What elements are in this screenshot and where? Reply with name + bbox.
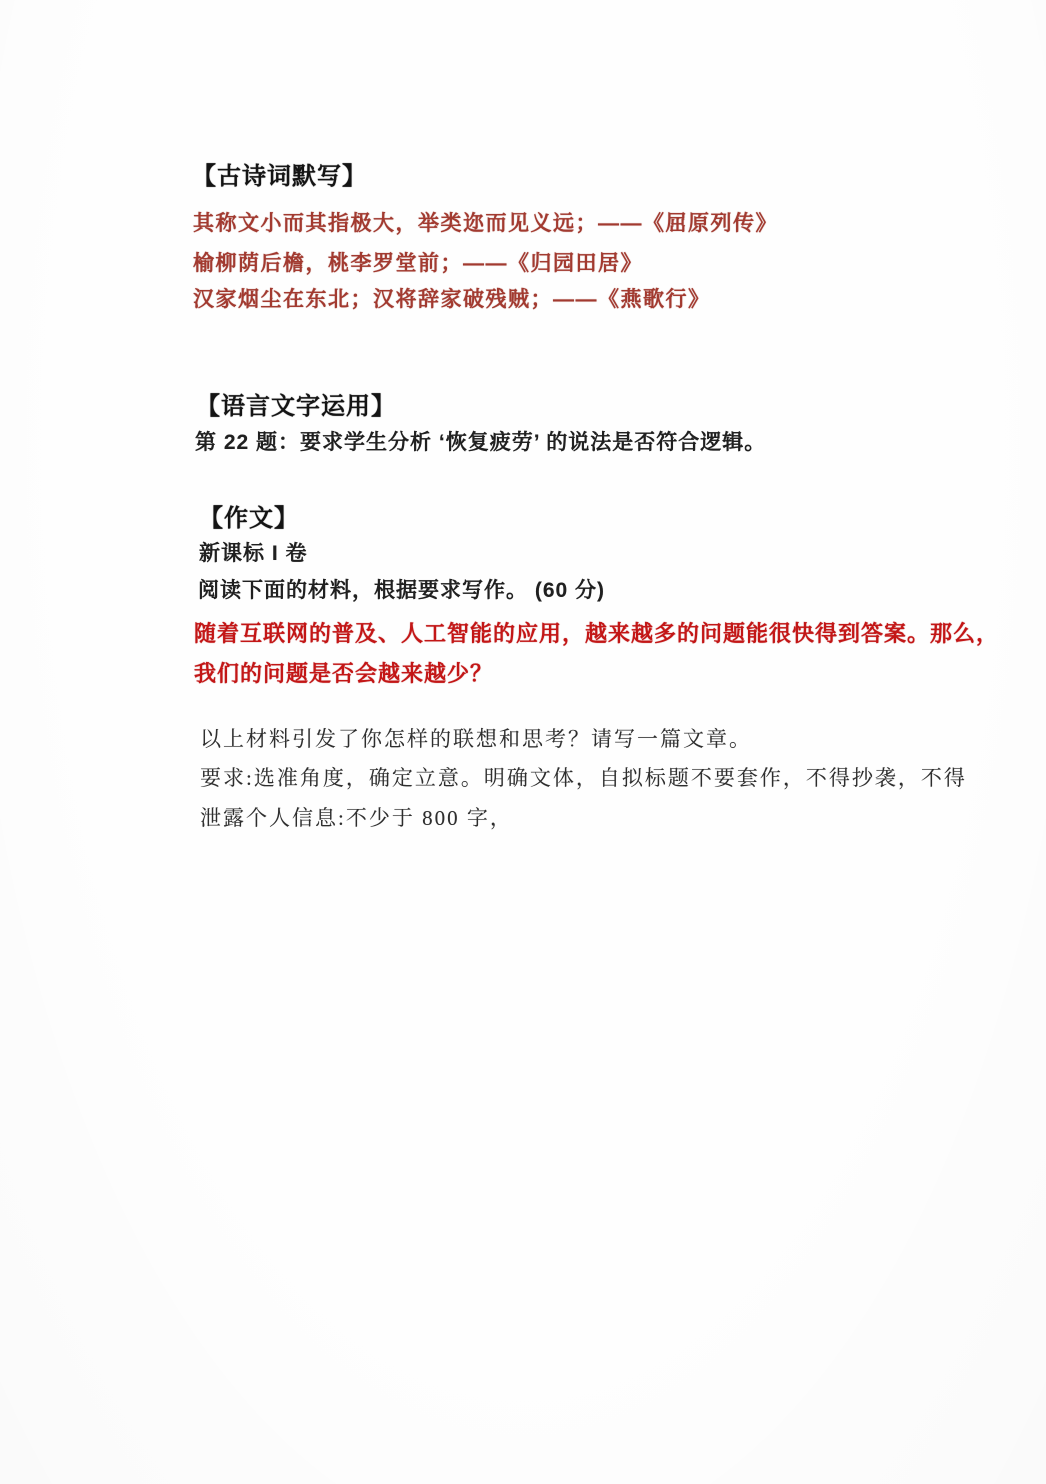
- poetry-line-2: 榆柳荫后檐，桃李罗堂前；——《归园田居》: [193, 251, 643, 277]
- essay-reflection-line: 以上材料引发了你怎样的联想和思考？请写一篇文章。: [200, 726, 752, 752]
- poetry-line-1: 其称文小而其指极大，举类迩而见义远；——《屈原列传》: [193, 211, 778, 237]
- poetry-section-header: 【古诗词默写】: [192, 162, 367, 192]
- essay-section-header: 【作文】: [199, 504, 299, 534]
- scanned-document-page: 【古诗词默写】 其称文小而其指极大，举类迩而见义远；——《屈原列传》 榆柳荫后檐…: [0, 0, 1046, 1484]
- essay-prompt-line-2: 我们的问题是否会越来越少？: [194, 660, 493, 688]
- essay-requirements-line-2: 泄露个人信息:不少于 800 字，: [200, 805, 513, 831]
- essay-prompt-line-1: 随着互联网的普及、人工智能的应用，越来越多的问题能很快得到答案。那么，: [194, 620, 999, 648]
- essay-requirements-line-1: 要求:选准角度，确定立意。明确文体，自拟标题不要套作，不得抄袭，不得: [200, 765, 967, 791]
- language-section-header: 【语言文字运用】: [196, 392, 396, 422]
- essay-instruction: 阅读下面的材料，根据要求写作。 (60 分): [198, 578, 605, 604]
- poetry-line-3: 汉家烟尘在东北；汉将辞家破残贼；——《燕歌行》: [193, 287, 711, 313]
- language-question-item: 第 22 题：要求学生分析 ‘恢复疲劳’ 的说法是否符合逻辑。: [195, 430, 766, 456]
- essay-paper-name: 新课标 I 卷: [199, 541, 308, 567]
